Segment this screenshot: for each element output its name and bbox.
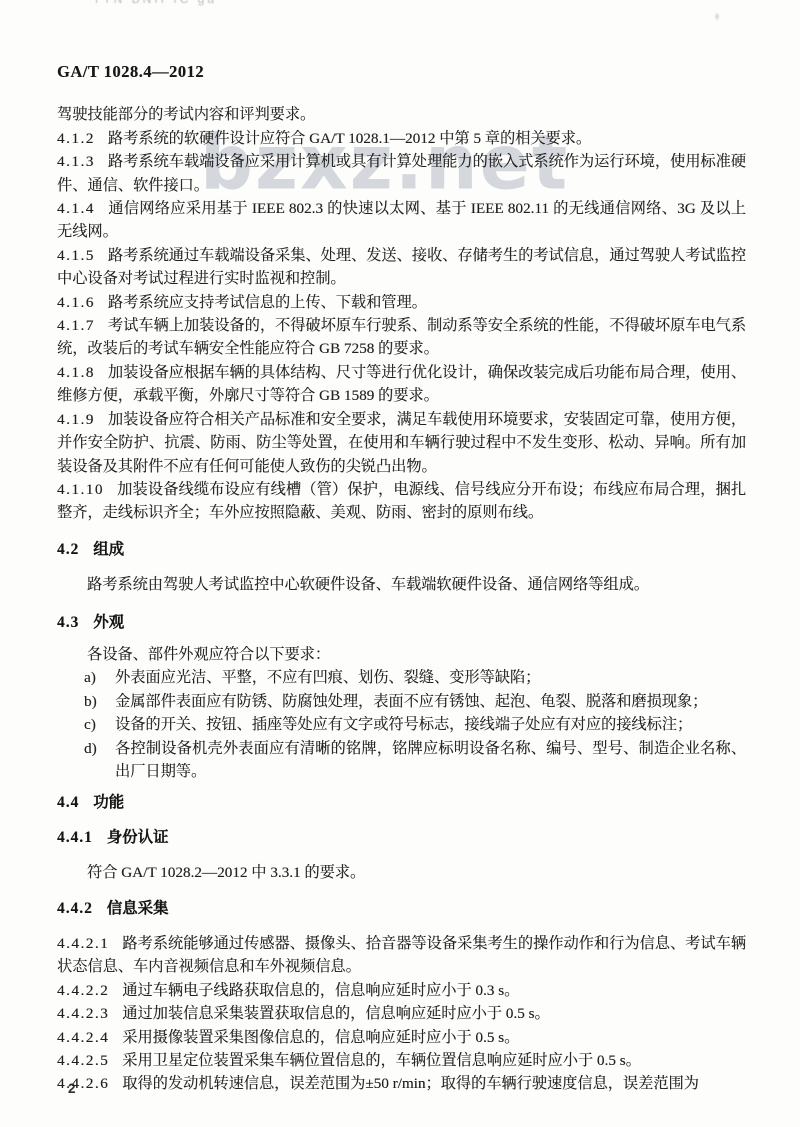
clause-text: 通过加装信息采集装置获取信息的，信息响应延时应小于 0.5 s。 <box>122 1005 549 1022</box>
clause-4-4-2-5: 4.4.2.5采用卫星定位装置采集车辆位置信息的，车辆位置信息响应延时应小于 0… <box>57 1049 746 1072</box>
section-heading-4-4-2: 4.4.2信息采集 <box>57 897 746 920</box>
clause-text: 考试车辆上加装设备的，不得破坏原车行驶系、制动系等安全系统的性能，不得破坏原车电… <box>57 317 746 357</box>
clause-4-1-2: 4.1.2路考系统的软硬件设计应符合 GA/T 1028.1—2012 中第 5… <box>57 127 746 150</box>
clause-4-4-2-2: 4.4.2.2通过车辆电子线路获取信息的，信息响应延时应小于 0.3 s。 <box>57 979 746 1002</box>
clause-4-1-10: 4.1.10加装设备线缆布设应有线槽（管）保护，电源线、信号线应分开布设；布线应… <box>57 478 746 525</box>
clause-text: 路考系统的软硬件设计应符合 GA/T 1028.1—2012 中第 5 章的相关… <box>108 130 591 147</box>
clause-4-4-2-3: 4.4.2.3通过加装信息采集装置获取信息的，信息响应延时应小于 0.5 s。 <box>57 1002 746 1025</box>
list-item-text: 金属部件表面应有防锈、防腐蚀处理，表面不应有锈蚀、起泡、龟裂、脱落和磨损现象； <box>115 690 746 713</box>
clause-4-1-4: 4.1.4通信网络应采用基于 IEEE 802.3 的快速以太网、基于 IEEE… <box>57 197 746 244</box>
clause-number: 4.1.6 <box>57 294 108 311</box>
clause-text: 通过车辆电子线路获取信息的，信息响应延时应小于 0.3 s。 <box>122 982 519 999</box>
clause-4-1-1-continuation: 驾驶技能部分的考试内容和评判要求。 <box>57 103 746 126</box>
clause-text: 采用摄像装置采集图像信息的，信息响应延时应小于 0.5 s。 <box>122 1029 519 1046</box>
clause-4-1-9: 4.1.9加装设备应符合相关产品标准和安全要求，满足车载使用环境要求，安装固定可… <box>57 408 746 478</box>
clause-text: 路考系统应支持考试信息的上传、下载和管理。 <box>108 294 427 311</box>
clause-text: 加装设备线缆布设应有线槽（管）保护，电源线、信号线应分开布设；布线应布局合理，捆… <box>57 481 746 521</box>
page-number: 2 <box>68 1081 76 1096</box>
clause-number: 4.4.2.1 <box>57 935 122 952</box>
list-marker: c) <box>84 713 115 736</box>
section-title: 信息采集 <box>107 900 169 917</box>
clause-4-4-2-4: 4.4.2.4采用摄像装置采集图像信息的，信息响应延时应小于 0.5 s。 <box>57 1026 746 1049</box>
clause-number: 4.4.2.3 <box>57 1005 122 1022</box>
clause-number: 4.1.2 <box>57 130 108 147</box>
standard-number-header: GA/T 1028.4—2012 <box>57 60 746 83</box>
clause-number: 4.1.10 <box>57 481 117 498</box>
list-marker: d) <box>84 737 115 784</box>
list-item-c: c)设备的开关、按钮、插座等处应有文字或符号标志，接线端子处应有对应的接线标注； <box>57 713 746 736</box>
section-title: 组成 <box>93 541 124 558</box>
clause-text: 路考系统车载端设备应采用计算机或具有计算处理能力的嵌入式系统作为运行环境，使用标… <box>57 153 746 193</box>
appearance-requirements-list: a)外表面应光洁、平整，不应有凹痕、划伤、裂缝、变形等缺陷； b)金属部件表面应… <box>57 666 746 783</box>
clause-number: 4.4.2.2 <box>57 982 122 999</box>
list-marker: a) <box>84 666 115 689</box>
clause-number: 4.1.4 <box>57 200 108 217</box>
section-title: 身份认证 <box>107 829 169 846</box>
clause-4-1-8: 4.1.8加装设备应根据车辆的具体结构、尺寸等进行优化设计，确保改装完成后功能布… <box>57 361 746 408</box>
clause-text: 取得的发动机转速信息，误差范围为±50 r/min；取得的车辆行驶速度信息，误差… <box>122 1075 699 1092</box>
section-number: 4.2 <box>57 541 93 558</box>
clause-text: 加装设备应符合相关产品标准和安全要求，满足车载使用环境要求，安装固定可靠，使用方… <box>57 411 746 475</box>
section-heading-4-4-1: 4.4.1身份认证 <box>57 826 746 849</box>
section-4-2-body: 路考系统由驾驶人考试监控中心软硬件设备、车载端软硬件设备、通信网络等组成。 <box>57 573 746 596</box>
section-4-4-1-body: 符合 GA/T 1028.2—2012 中 3.3.1 的要求。 <box>57 861 746 884</box>
clause-number: 4.4.2.4 <box>57 1029 122 1046</box>
clause-number: 4.1.8 <box>57 364 108 381</box>
list-item-text: 外表面应光洁、平整，不应有凹痕、划伤、裂缝、变形等缺陷； <box>115 666 746 689</box>
clause-4-4-2-6: 4.4.2.6取得的发动机转速信息，误差范围为±50 r/min；取得的车辆行驶… <box>57 1072 746 1095</box>
scan-smudge <box>714 12 720 21</box>
list-item-text: 设备的开关、按钮、插座等处应有文字或符号标志，接线端子处应有对应的接线标注； <box>115 713 746 736</box>
scan-edge-artifact: TTN BNII IC ga <box>93 0 217 6</box>
clause-4-1-6: 4.1.6路考系统应支持考试信息的上传、下载和管理。 <box>57 291 746 314</box>
clause-text: 通信网络应采用基于 IEEE 802.3 的快速以太网、基于 IEEE 802.… <box>57 200 746 240</box>
section-heading-4-2: 4.2组成 <box>57 538 746 561</box>
list-marker: b) <box>84 690 115 713</box>
clause-number: 4.1.7 <box>57 317 108 334</box>
list-item-a: a)外表面应光洁、平整，不应有凹痕、划伤、裂缝、变形等缺陷； <box>57 666 746 689</box>
section-heading-4-4: 4.4功能 <box>57 791 746 814</box>
section-number: 4.4.1 <box>57 829 107 846</box>
scanned-document-page: TTN BNII IC ga bzxz.net GA/T 1028.4—2012… <box>0 0 800 1127</box>
section-number: 4.3 <box>57 614 93 631</box>
clause-number: 4.4.2.6 <box>57 1075 122 1092</box>
clause-text: 路考系统通过车载端设备采集、处理、发送、接收、存储考生的考试信息，通过驾驶人考试… <box>57 247 746 287</box>
clause-number: 4.1.5 <box>57 247 108 264</box>
clause-4-1-5: 4.1.5路考系统通过车载端设备采集、处理、发送、接收、存储考生的考试信息，通过… <box>57 244 746 291</box>
section-title: 功能 <box>93 794 124 811</box>
clause-number: 4.1.9 <box>57 411 108 428</box>
clause-number: 4.4.2.5 <box>57 1052 122 1069</box>
clause-text: 采用卫星定位装置采集车辆位置信息的，车辆位置信息响应延时应小于 0.5 s。 <box>122 1052 641 1069</box>
clause-number: 4.1.3 <box>57 153 108 170</box>
list-item-text: 各控制设备机壳外表面应有清晰的铭牌，铭牌应标明设备名称、编号、型号、制造企业名称… <box>115 737 746 784</box>
clause-4-4-2-1: 4.4.2.1路考系统能够通过传感器、摄像头、拾音器等设备采集考生的操作动作和行… <box>57 932 746 979</box>
section-title: 外观 <box>93 614 124 631</box>
list-item-b: b)金属部件表面应有防锈、防腐蚀处理，表面不应有锈蚀、起泡、龟裂、脱落和磨损现象… <box>57 690 746 713</box>
document-body: GA/T 1028.4—2012 驾驶技能部分的考试内容和评判要求。 4.1.2… <box>57 0 746 1096</box>
section-number: 4.4 <box>57 794 93 811</box>
clause-4-1-3: 4.1.3路考系统车载端设备应采用计算机或具有计算处理能力的嵌入式系统作为运行环… <box>57 150 746 197</box>
list-item-d: d)各控制设备机壳外表面应有清晰的铭牌，铭牌应标明设备名称、编号、型号、制造企业… <box>57 737 746 784</box>
section-4-3-intro: 各设备、部件外观应符合以下要求： <box>57 643 746 666</box>
clause-text: 加装设备应根据车辆的具体结构、尺寸等进行优化设计，确保改装完成后功能布局合理，使… <box>57 364 746 404</box>
clause-text: 路考系统能够通过传感器、摄像头、拾音器等设备采集考生的操作动作和行为信息、考试车… <box>57 935 746 975</box>
section-heading-4-3: 4.3外观 <box>57 611 746 634</box>
clause-4-1-7: 4.1.7考试车辆上加装设备的，不得破坏原车行驶系、制动系等安全系统的性能，不得… <box>57 314 746 361</box>
section-number: 4.4.2 <box>57 900 107 917</box>
